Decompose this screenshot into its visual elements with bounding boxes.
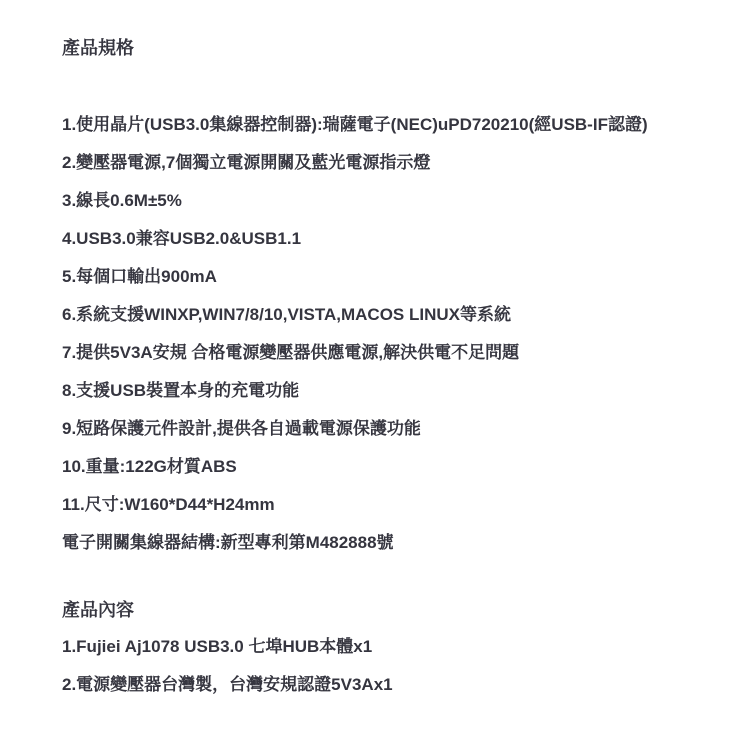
content-section-heading: 產品內容 [62, 600, 711, 620]
spec-item-weight-material: 10.重量:122G材質ABS [62, 457, 711, 476]
spec-section-heading: 產品規格 [62, 38, 711, 58]
content-item-adapter: 2.電源變壓器台灣製，台灣安規認證5V3Ax1 [62, 675, 711, 694]
spec-item-compatibility: 4.USB3.0兼容USB2.0&USB1.1 [62, 229, 711, 248]
spec-item-cable-length: 3.線長0.6M±5% [62, 191, 711, 210]
spec-item-patent: 電子開關集線器結構:新型專利第M482888號 [62, 533, 711, 552]
spec-item-chip: 1.使用晶片(USB3.0集線器控制器):瑞薩電子(NEC)uPD720210(… [62, 115, 711, 134]
content-list: 1.Fujiei Aj1078 USB3.0 七埠HUB本體x1 2.電源變壓器… [62, 637, 711, 694]
spec-item-power-adapter: 7.提供5V3A安規 合格電源變壓器供應電源,解決供電不足問題 [62, 343, 711, 362]
spec-list: 1.使用晶片(USB3.0集線器控制器):瑞薩電子(NEC)uPD720210(… [62, 115, 711, 552]
spec-item-dimensions: 11.尺寸:W160*D44*H24mm [62, 495, 711, 514]
spec-item-protection: 9.短路保護元件設計,提供各自過載電源保護功能 [62, 419, 711, 438]
spec-item-os-support: 6.系統支援WINXP,WIN7/8/10,VISTA,MACOS LINUX等… [62, 305, 711, 324]
spec-item-port-output: 5.每個口輸出900mA [62, 267, 711, 286]
spec-item-power-switch: 2.變壓器電源,7個獨立電源開關及藍光電源指示燈 [62, 153, 711, 172]
product-description-page: 產品規格 1.使用晶片(USB3.0集線器控制器):瑞薩電子(NEC)uPD72… [0, 0, 749, 749]
spec-item-charging: 8.支援USB裝置本身的充電功能 [62, 381, 711, 400]
content-item-hub: 1.Fujiei Aj1078 USB3.0 七埠HUB本體x1 [62, 637, 711, 656]
